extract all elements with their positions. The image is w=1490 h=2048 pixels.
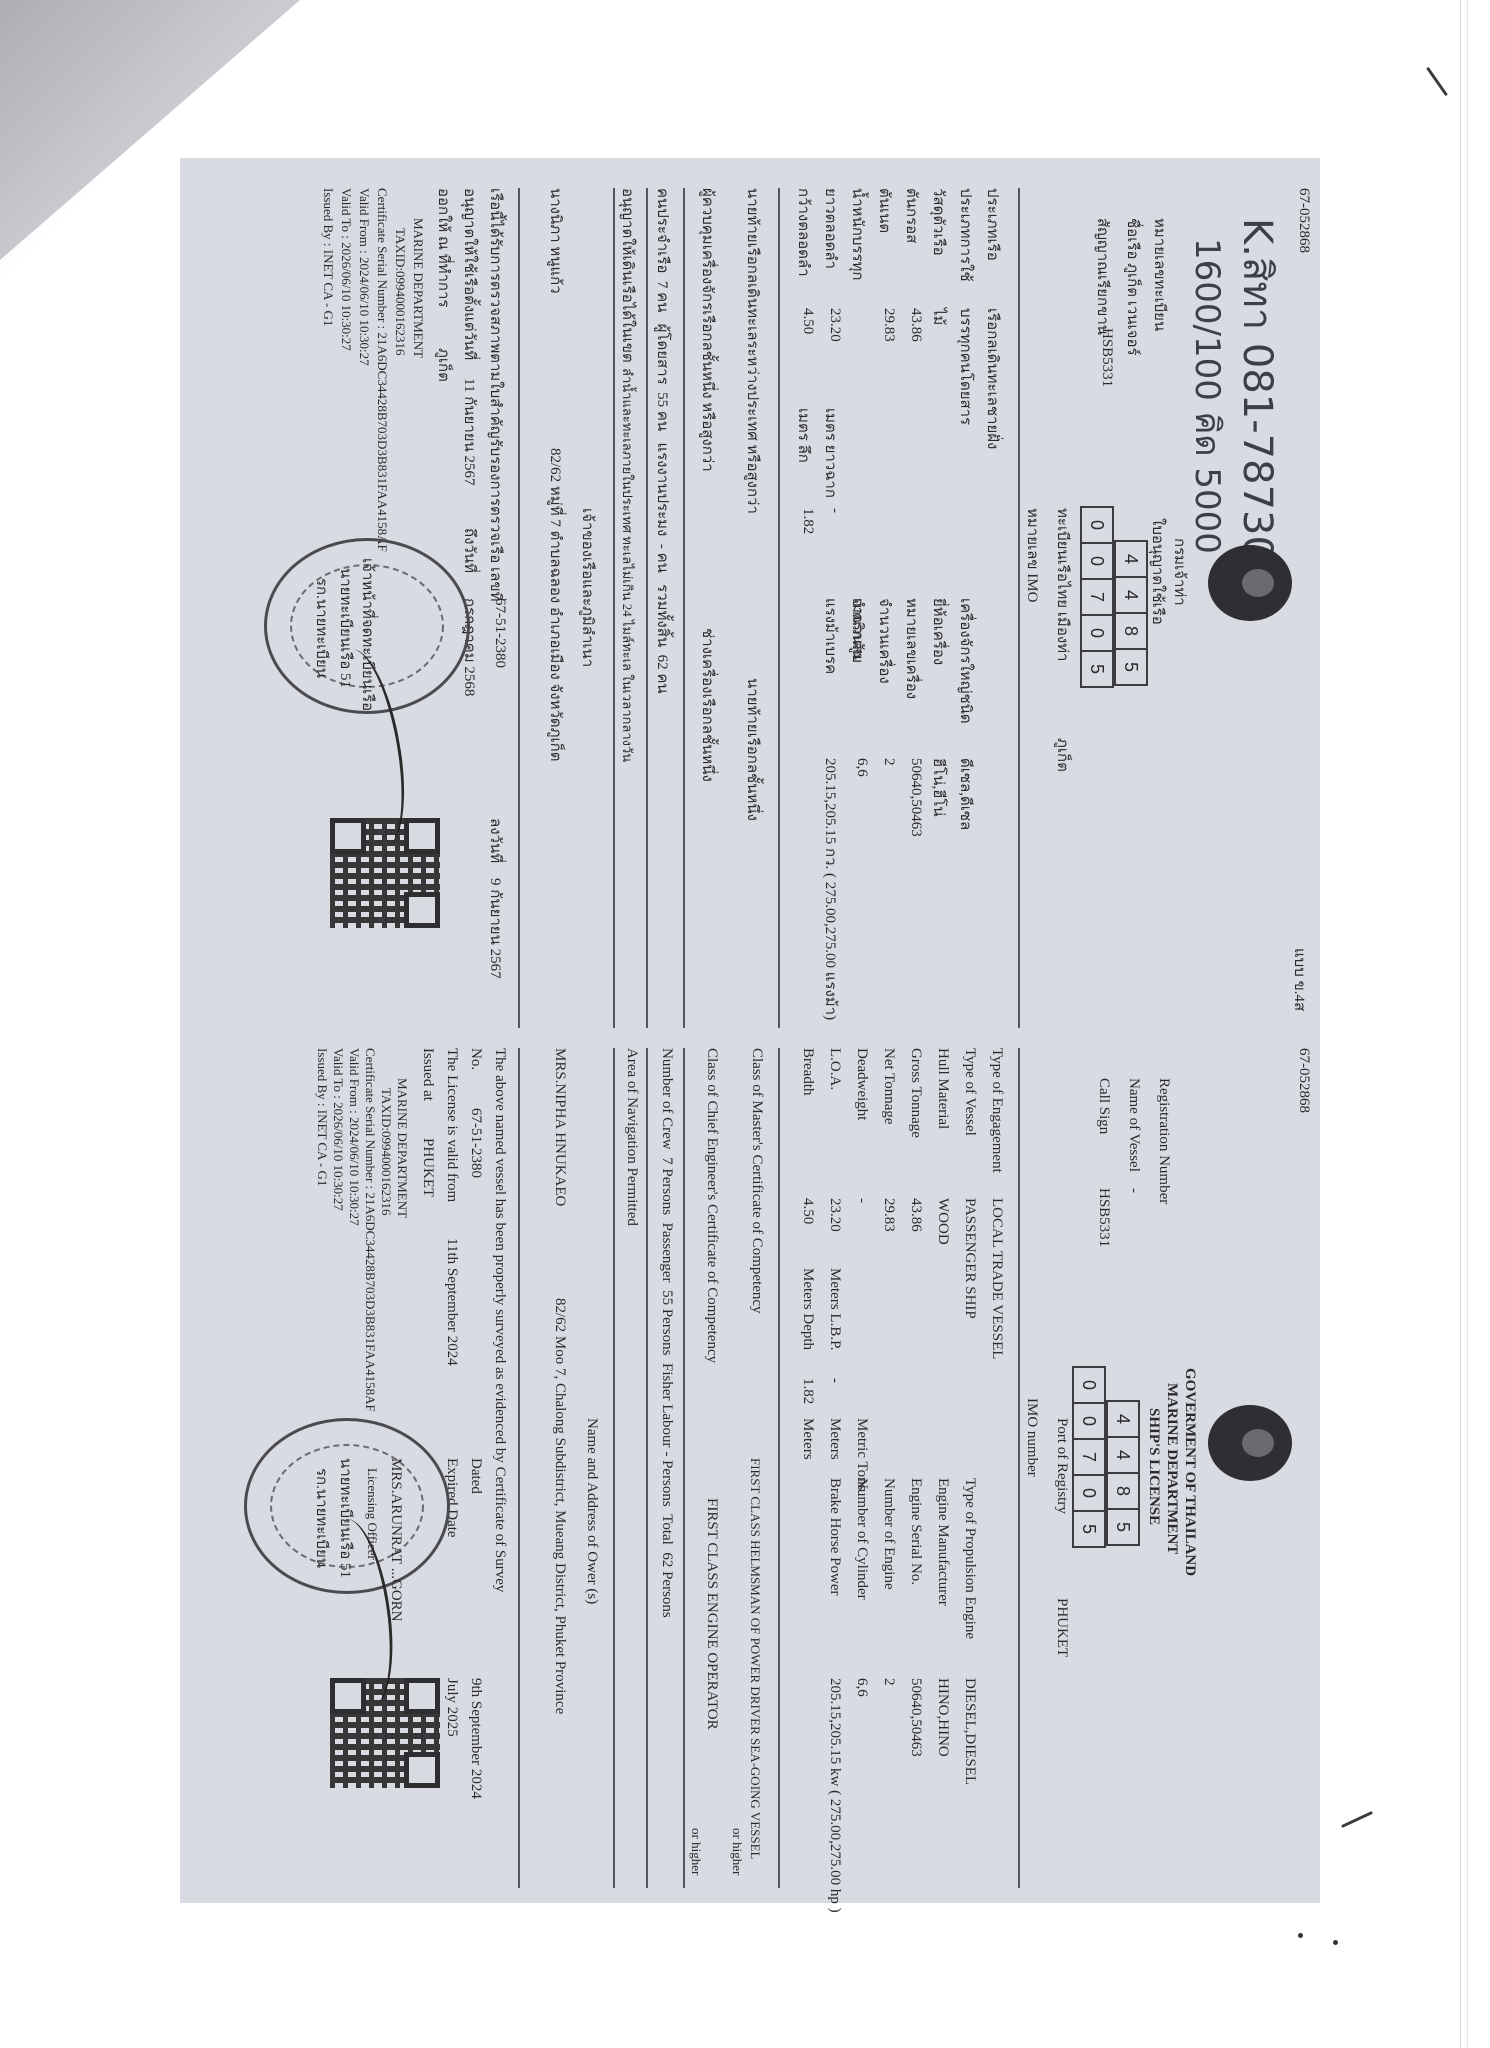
eng-header-dept: MARINE DEPARTMENT bbox=[1163, 1383, 1180, 1554]
field-value: เรือกลเดินทะเลชายฝั่ง bbox=[981, 308, 1005, 449]
eng-dated-value: 9th September 2024 bbox=[467, 1678, 484, 1799]
field-label: น้ำหนักบรรทุก bbox=[846, 188, 870, 281]
registration-digit-box: 5 bbox=[1114, 648, 1148, 686]
eng-imo-label: IMO number bbox=[1023, 1398, 1040, 1477]
eng-port-value: PHUKET bbox=[1053, 1598, 1070, 1657]
field-value: 50640,50463 bbox=[907, 758, 924, 837]
thai-signer-title3: รก.นายทะเบียน bbox=[310, 578, 334, 678]
thai-survey-date-label: ลงวันที่ bbox=[484, 818, 508, 863]
field-label: ประเภทเรือ bbox=[981, 188, 1005, 261]
field-label: ยาวตลอดลำ bbox=[819, 188, 843, 269]
english-license-half: 67-052868 GOVERMENT OF THAILAND MARINE D… bbox=[180, 1038, 1320, 1898]
eng-callsign-value: HSB5331 bbox=[1095, 1188, 1112, 1247]
field-value: ฮีโน่,ฮีโน่ bbox=[927, 758, 951, 817]
eng-owner-address: 82/62 Moo 7, Chalong Subdistrict, Mueang… bbox=[551, 1298, 568, 1714]
divider bbox=[1018, 1048, 1020, 1888]
divider bbox=[613, 188, 615, 1028]
thai-port-label: ทะเบียนเรือไทย เมืองท่า bbox=[1051, 508, 1075, 661]
field-label: ตันเนต bbox=[873, 188, 897, 233]
field-extra-value: 1.82 bbox=[799, 508, 816, 534]
thai-survey-text: เรือนี้ได้รับการตรวจสภาพตามใบสำคัญรับรอง… bbox=[484, 188, 508, 601]
thai-digital-by: Issued By : INET CA - G1 bbox=[320, 188, 336, 326]
thai-issued-at: ภูเก็ต bbox=[432, 348, 456, 382]
ink-speck bbox=[1298, 1933, 1303, 1938]
registration-digit-box: 0 bbox=[1072, 1366, 1106, 1404]
eng-digital-serial: Certificate Serial Number : 21A6DC34428B… bbox=[362, 1048, 378, 1412]
registration-digit-box: 0 bbox=[1080, 614, 1114, 652]
eng-no-label: No. bbox=[467, 1048, 484, 1070]
divider bbox=[778, 1048, 780, 1888]
field-value: 6,6 bbox=[853, 758, 870, 777]
eng-master-label: Class of Master's Certificate of Compete… bbox=[748, 1048, 765, 1314]
thai-license-title: ใบอนุญาตใช้เรือ bbox=[1146, 518, 1170, 625]
field-value: ดีเซล,ดีเซล bbox=[954, 758, 978, 830]
field-value: 50640,50463 bbox=[907, 1678, 924, 1757]
field-label: หมายเลขเครื่อง bbox=[900, 598, 924, 699]
thai-reg-label: หมายเลขทะเบียน bbox=[1148, 218, 1172, 331]
registration-digit-box: 0 bbox=[1080, 542, 1114, 580]
registration-digit-box: 0 bbox=[1072, 1474, 1106, 1512]
eng-issued-value: PHUKET bbox=[419, 1138, 436, 1197]
thai-survey-no: 67-51-2380 bbox=[491, 598, 508, 668]
thai-signer-title1: เจ้าหน้าที่จดทะเบียนเรือ bbox=[356, 558, 380, 711]
divider bbox=[683, 1048, 685, 1888]
eng-vessel-value: - bbox=[1125, 1188, 1142, 1193]
field-value: HINO,HINO bbox=[934, 1678, 951, 1757]
eng-engineer-label: Class of Chief Engineer's Certificate of… bbox=[703, 1048, 720, 1363]
eng-owner-name: MRS.NIPHA HNUKAEO bbox=[551, 1048, 568, 1206]
thai-digital-to: Valid To : 2026/06/10 10:30:27 bbox=[338, 188, 354, 351]
eng-crew-row: Number of Crew 7 Persons Passenger 55 Pe… bbox=[658, 1048, 675, 1618]
handwritten-price-note: 1600/100 คิด 5000 bbox=[1181, 238, 1235, 554]
garuda-emblem-icon bbox=[1200, 1398, 1300, 1488]
divider bbox=[646, 1048, 648, 1888]
garuda-emblem-icon bbox=[1200, 538, 1300, 628]
field-label: กว้างตลอดลำ bbox=[792, 188, 816, 277]
thai-owner-address: 82/62 หมู่ที่ 7 ตำบลฉลอง อำเภอเมือง จังห… bbox=[544, 448, 568, 762]
thai-owner-header: เจ้าของเรือและภูมิลำเนา bbox=[576, 508, 600, 667]
eng-header-title: SHIP'S LICENSE bbox=[1145, 1408, 1162, 1525]
field-value: - bbox=[853, 1198, 870, 1203]
qr-code[interactable] bbox=[330, 818, 440, 928]
eng-owner-header: Name and Address of Ower (s) bbox=[583, 1418, 600, 1604]
eng-issued-label: Issued at bbox=[419, 1048, 436, 1101]
eng-or-higher-2: or higher bbox=[688, 1828, 704, 1875]
field-label: Type of Vessel bbox=[961, 1048, 978, 1136]
scanned-license: 67-052868 K.สิทา 081-7873010 1600/100 คิ… bbox=[180, 158, 1320, 1903]
eng-vessel-label: Name of Vessel bbox=[1125, 1078, 1142, 1172]
qr-code[interactable] bbox=[330, 1678, 440, 1788]
thai-engineer-cert: ผู้ควบคุมเครื่องจักรเรือกลชั้นหนึ่ง หรือ… bbox=[696, 188, 720, 472]
pen-mark bbox=[1426, 67, 1448, 97]
field-label: Number of Engine bbox=[880, 1478, 897, 1590]
field-value: ไม้ bbox=[927, 308, 951, 325]
registration-digit-box: 8 bbox=[1106, 1472, 1140, 1510]
field-label: จำนวนเครื่อง bbox=[873, 598, 897, 684]
eng-engineer-value: FIRST CLASS ENGINE OPERATOR bbox=[703, 1498, 720, 1730]
thai-license-half: 67-052868 K.สิทา 081-7873010 1600/100 คิ… bbox=[180, 178, 1320, 1038]
thai-nav-area-label: อนุญาตให้เดินเรือได้ในเขต bbox=[616, 188, 640, 363]
eng-signer-thai2: รก.นายทะเบียน bbox=[310, 1468, 334, 1568]
field-value: 2 bbox=[880, 1678, 897, 1686]
field-value: 205.15,205.15 kw ( 275.00,275.00 hp ) bbox=[826, 1678, 843, 1913]
field-unit: เมตร ยาวฉาก bbox=[819, 408, 843, 498]
field-label: Number of Cylinder bbox=[853, 1478, 870, 1600]
meter-unit: Meters bbox=[826, 1418, 843, 1460]
divider bbox=[518, 188, 520, 1028]
thai-valid-from: 11 กันยายน 2567 bbox=[458, 378, 482, 486]
thai-valid-to-label: ถึงวันที่ bbox=[458, 528, 482, 573]
thai-nav-area-value: ลำน้ำและทะเลภายในประเทศ ทะเลไม่เกิน 24 ไ… bbox=[617, 368, 638, 762]
eng-digital-dept: MARINE DEPARTMENT bbox=[394, 1078, 410, 1218]
field-label: Type of Engagement bbox=[988, 1048, 1005, 1173]
field-label: Net Tonnage bbox=[880, 1048, 897, 1125]
field-value: 29.83 bbox=[880, 308, 897, 342]
field-value: PASSENGER SHIP bbox=[961, 1198, 978, 1319]
thai-valid-from-label: อนุญาตให้ใช้เรือตั้งแต่วันที่ bbox=[458, 188, 482, 360]
divider bbox=[778, 188, 780, 1028]
field-unit: Meters L.B.P. bbox=[826, 1268, 843, 1351]
thai-digital-taxid: TAXID:0994000162316 bbox=[392, 228, 408, 356]
field-unit: เมตร ลึก bbox=[792, 408, 816, 463]
field-value: 43.86 bbox=[907, 1198, 924, 1232]
field-value: 4.50 bbox=[799, 308, 816, 334]
field-value: 43.86 bbox=[907, 308, 924, 342]
field-label: ยี่ห้อเครื่อง bbox=[927, 598, 951, 665]
field-extra-value: 1.82 bbox=[799, 1378, 816, 1404]
field-value: 4.50 bbox=[799, 1198, 816, 1224]
field-value: 6,6 bbox=[853, 1678, 870, 1697]
thai-survey-date: 9 กันยายน 2567 bbox=[484, 878, 508, 979]
registration-digit-box: 8 bbox=[1114, 612, 1148, 650]
field-label: Engine Manufacturer bbox=[934, 1478, 951, 1606]
field-label: เครื่องจักรใหญ่ชนิด bbox=[954, 598, 978, 724]
registration-digit-box: 7 bbox=[1072, 1438, 1106, 1476]
eng-digital-from: Valid From : 2024/06/10 10:30:27 bbox=[346, 1048, 362, 1226]
eng-reg-label: Registration Number bbox=[1155, 1078, 1172, 1204]
eng-header-gov: GOVERMENT OF THAILAND bbox=[1181, 1368, 1198, 1576]
field-value: 29.83 bbox=[880, 1198, 897, 1232]
registration-digit-box: 4 bbox=[1106, 1436, 1140, 1474]
eng-valid-value: 11th September 2024 bbox=[443, 1238, 460, 1366]
field-value: WOOD bbox=[934, 1198, 951, 1245]
thai-crew-row: คนประจำเรือ 7 คน ผู้โดยสาร 55 คน แรงงานป… bbox=[651, 188, 675, 694]
thai-ship-name: ชื่อเรือ ภูเก็ต เวนเจอร์ bbox=[1121, 218, 1145, 356]
field-label: Engine Serial No. bbox=[907, 1478, 924, 1585]
field-value: LOCAL TRADE VESSEL bbox=[988, 1198, 1005, 1359]
field-label: จำนวนสูบ bbox=[846, 598, 870, 663]
thai-callsign-label: สัญญาณเรียกขาน bbox=[1091, 218, 1115, 335]
eng-digital-taxid: TAXID:0994000162316 bbox=[378, 1088, 394, 1216]
field-label: Breadth bbox=[799, 1048, 816, 1095]
thai-imo-label: หมายเลข IMO bbox=[1021, 508, 1045, 602]
field-extra-value: - bbox=[826, 508, 843, 513]
field-extra-value: - bbox=[826, 1378, 843, 1383]
field-value: DIESEL,DIESEL bbox=[961, 1678, 978, 1785]
meter-unit: Meters bbox=[799, 1418, 816, 1460]
field-label: Hull Material bbox=[934, 1048, 951, 1129]
thai-dept-name: กรมเจ้าท่า bbox=[1168, 538, 1192, 606]
field-label: วัสดุตัวเรือ bbox=[927, 188, 951, 256]
divider bbox=[646, 188, 648, 1028]
thai-digital-serial: Certificate Serial Number : 21A6DC34428B… bbox=[374, 188, 390, 552]
registration-digit-box: 5 bbox=[1080, 650, 1114, 688]
thai-engineer-cert-value: ช่างเครื่องเรือกลชั้นหนึ่ง bbox=[696, 628, 720, 782]
eng-expired-value: July 2025 bbox=[443, 1678, 460, 1737]
registration-digit-box: 0 bbox=[1080, 506, 1114, 544]
eng-no-value: 67-51-2380 bbox=[467, 1108, 484, 1178]
field-value: บรรทุกคนโดยสาร bbox=[954, 308, 978, 425]
divider bbox=[683, 188, 685, 1028]
divider bbox=[1018, 188, 1020, 1028]
registration-digit-box: 7 bbox=[1080, 578, 1114, 616]
field-value: 2 bbox=[880, 758, 897, 766]
registration-digit-box: 5 bbox=[1106, 1508, 1140, 1546]
field-value: 23.20 bbox=[826, 308, 843, 342]
eng-callsign-label: Call Sign bbox=[1095, 1078, 1112, 1134]
divider bbox=[518, 1048, 520, 1888]
field-label: ประเภทการใช้ bbox=[954, 188, 978, 282]
pen-mark bbox=[1341, 1811, 1373, 1828]
thai-master-cert-value: นายท้ายเรือกลชั้นหนึ่ง bbox=[741, 678, 765, 821]
form-code: แบบ ข.4ส bbox=[1288, 948, 1312, 1011]
field-label: Type of Propulsion Engine bbox=[961, 1478, 978, 1639]
eng-dated-label: Dated bbox=[467, 1458, 484, 1494]
license-document: 67-052868 K.สิทา 081-7873010 1600/100 คิ… bbox=[180, 158, 1320, 1903]
divider bbox=[613, 1048, 615, 1888]
ink-speck bbox=[1333, 1940, 1338, 1945]
eng-port-label: Port of Registry bbox=[1053, 1418, 1070, 1514]
field-label: Deadweight bbox=[853, 1048, 870, 1120]
registration-number-boxes: 4485 00705 bbox=[1072, 1368, 1140, 1548]
registration-digit-box: 5 bbox=[1072, 1510, 1106, 1548]
registration-digit-box: 4 bbox=[1114, 576, 1148, 614]
eng-master-value: FIRST CLASS HELMSMAN OF POWER DRIVER SEA… bbox=[747, 1458, 763, 1859]
eng-signer-title: Licensing Officer bbox=[364, 1468, 380, 1560]
thai-owner-name: นางนิภา หนูแก้ว bbox=[544, 188, 568, 294]
eng-signer-thai1: นายทะเบียนเรือ 51 bbox=[334, 1458, 358, 1578]
eng-nav-label: Area of Navigation Permitted bbox=[623, 1048, 640, 1226]
thai-digital-from: Valid From : 2024/06/10 10:30:27 bbox=[356, 188, 372, 366]
field-value: 205.15,205.15 กว. ( 275.00,275.00 แรงม้า… bbox=[819, 758, 843, 1020]
eng-survey-text: The above named vessel has been properly… bbox=[491, 1048, 508, 1592]
registration-digit-box: 4 bbox=[1114, 540, 1148, 578]
eng-or-higher: or higher bbox=[729, 1828, 745, 1875]
doc-code: 67-052868 bbox=[1295, 1048, 1312, 1113]
field-label: L.O.A. bbox=[826, 1048, 843, 1090]
field-label: แรงม้าเบรค bbox=[819, 598, 843, 674]
field-label: Brake Horse Power bbox=[826, 1478, 843, 1595]
thai-issued-at-label: ออกให้ ณ ที่ทำการ bbox=[432, 188, 456, 308]
field-label: Gross Tonnage bbox=[907, 1048, 924, 1138]
thai-signer-title2: นายทะเบียนเรือ 51 bbox=[334, 568, 358, 688]
field-value: 23.20 bbox=[826, 1198, 843, 1232]
field-label: ตันกรอส bbox=[900, 188, 924, 243]
registration-digit-box: 0 bbox=[1072, 1402, 1106, 1440]
registration-number-boxes: 4485 00705 bbox=[1080, 508, 1148, 688]
field-unit: Meters Depth bbox=[799, 1268, 816, 1350]
eng-valid-label: The License is valid from bbox=[443, 1048, 460, 1202]
eng-digital-to: Valid To : 2026/06/10 10:30:27 bbox=[330, 1048, 346, 1211]
eng-signer: MRS.ARUNRAT ...GORN bbox=[387, 1458, 404, 1622]
registration-digit-box: 4 bbox=[1106, 1400, 1140, 1438]
stacked-page-edge bbox=[1460, 0, 1468, 2048]
thai-port-value: ภูเก็ต bbox=[1051, 738, 1075, 772]
eng-digital-by: Issued By : INET CA - G1 bbox=[314, 1048, 330, 1186]
doc-code: 67-052868 bbox=[1295, 188, 1312, 253]
thai-callsign-value: HSB5331 bbox=[1098, 328, 1115, 387]
thai-digital-dept: MARINE DEPARTMENT bbox=[410, 218, 426, 358]
thai-master-cert: นายท้ายเรือกลเดินทะเลระหว่างประเทศ หรือส… bbox=[741, 188, 765, 514]
